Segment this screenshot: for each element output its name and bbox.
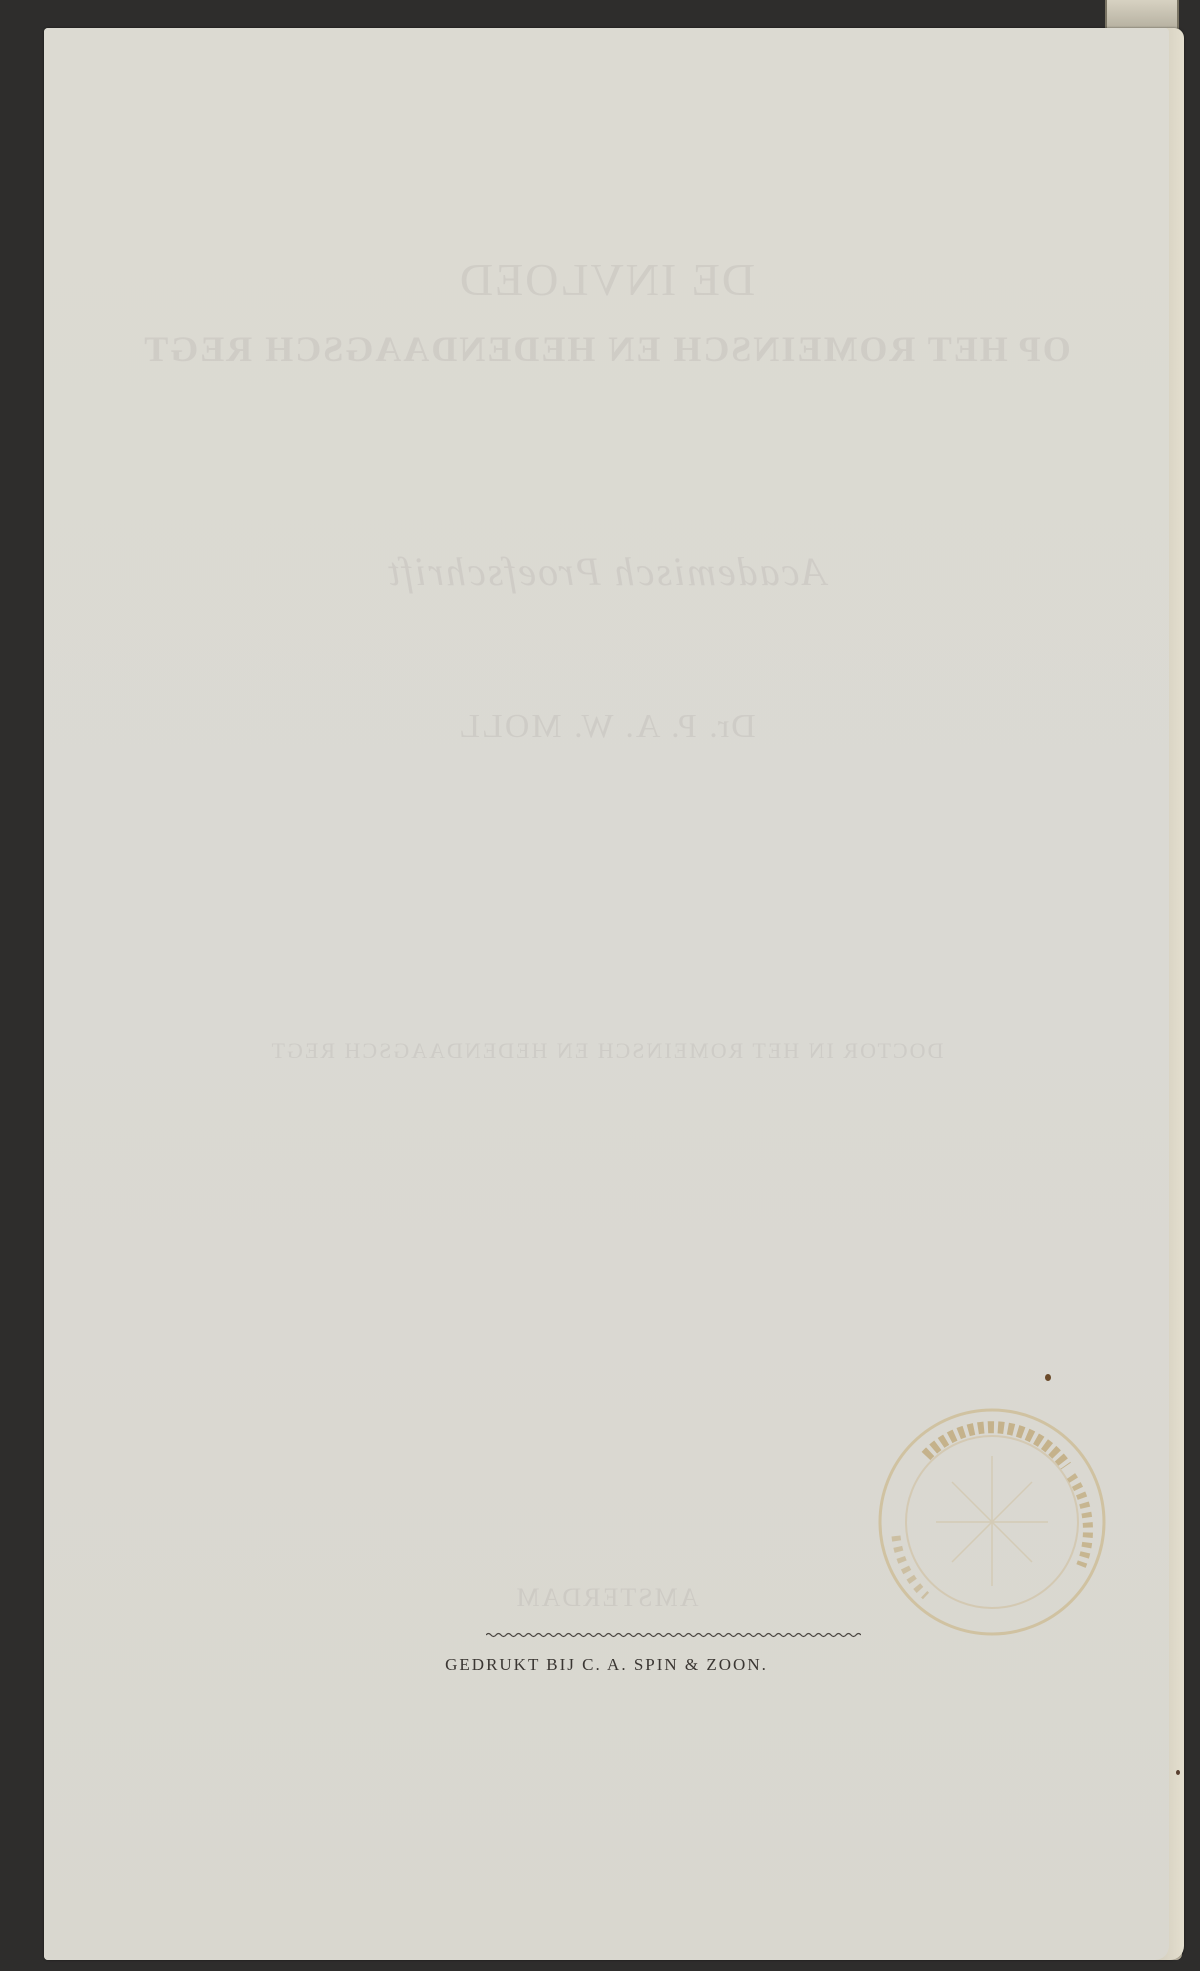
showthrough-title: DE INVLOED bbox=[44, 253, 1169, 306]
ink-speck bbox=[1045, 1374, 1051, 1381]
printer-imprint: GEDRUKT BIJ C. A. SPIN & ZOON. bbox=[44, 1655, 1169, 1675]
wavy-rule bbox=[486, 1632, 861, 1638]
showthrough-degree: DOCTOR IN HET ROMEINSCH EN HEDENDAAGSCH … bbox=[44, 1038, 1169, 1064]
ink-speck bbox=[1176, 1770, 1180, 1775]
showthrough-author: Dr. P. A. W. MOLL bbox=[44, 708, 1169, 746]
book-page: DE INVLOED OP HET ROMEINSCH EN HEDENDAAG… bbox=[44, 28, 1184, 1960]
page-surface: DE INVLOED OP HET ROMEINSCH EN HEDENDAAG… bbox=[44, 28, 1169, 1960]
showthrough-subtitle: OP HET ROMEINSCH EN HEDENDAAGSCH REGT bbox=[44, 328, 1169, 370]
showthrough-thesis: Academisch Proefschrift bbox=[44, 548, 1169, 595]
library-stamp-icon bbox=[866, 1396, 1118, 1648]
